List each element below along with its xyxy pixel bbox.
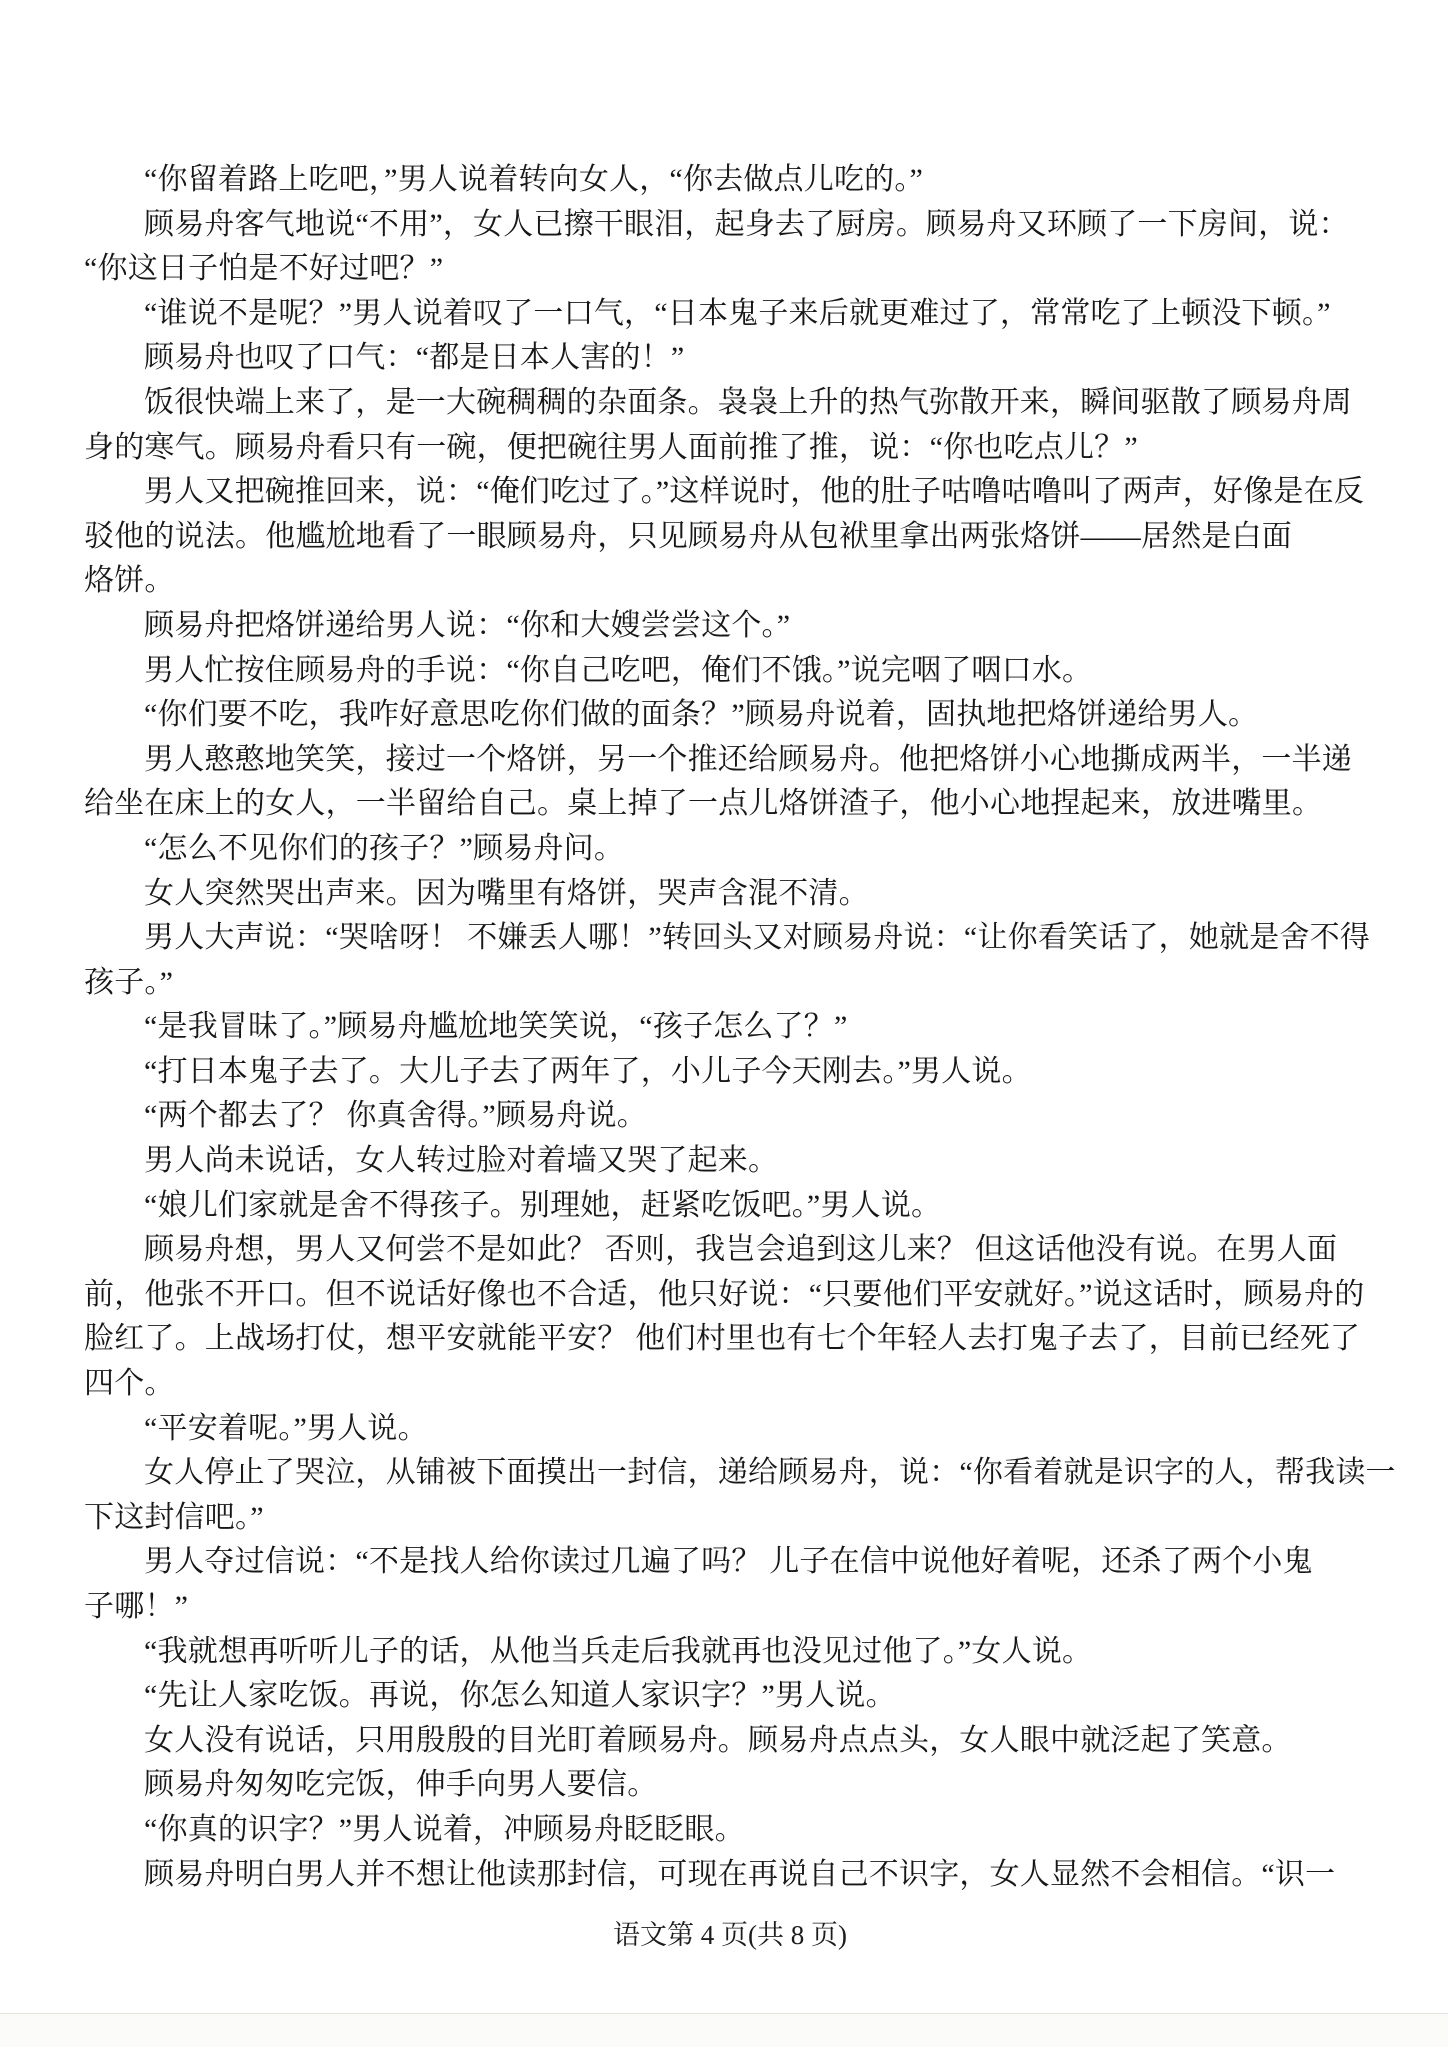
text-line: 顾易舟客气地说“不用”，女人已擦干眼泪，起身去了厨房。顾易舟又环顾了一下房间，说…: [84, 203, 1376, 248]
text-line: “打日本鬼子去了。大儿子去了两年了，小儿子今天刚去。”男人说。: [84, 1050, 1376, 1095]
text-line: “是我冒昧了。”顾易舟尴尬地笑笑说，“孩子怎么了？”: [84, 1005, 1376, 1050]
text-line: “怎么不见你们的孩子？”顾易舟问。: [84, 827, 1376, 872]
text-line: 前，他张不开口。但不说话好像也不合适，他只好说：“只要他们平安就好。”说这话时，…: [84, 1273, 1376, 1318]
text-line: 男人大声说：“哭啥呀！ 不嫌丢人哪！”转回头又对顾易舟说：“让你看笑话了，她就是…: [84, 916, 1376, 961]
text-line: 男人又把碗推回来，说：“俺们吃过了。”这样说时，他的肚子咕噜咕噜叫了两声，好像是…: [84, 470, 1376, 515]
text-line: “你真的识字？”男人说着，冲顾易舟眨眨眼。: [84, 1808, 1376, 1853]
text-line: 男人憨憨地笑笑，接过一个烙饼，另一个推还给顾易舟。他把烙饼小心地撕成两半，一半递: [84, 738, 1376, 783]
text-line: 顾易舟也叹了口气：“都是日本人害的！”: [84, 336, 1376, 381]
page-number-label: 语文第 4 页(共 8 页): [613, 1920, 847, 1950]
text-line: 烙饼。: [84, 559, 1376, 604]
text-line: 孩子。”: [84, 961, 1376, 1006]
text-line: 男人尚未说话，女人转过脸对着墙又哭了起来。: [84, 1139, 1376, 1184]
reading-passage: “你留着路上吃吧，”男人说着转向女人，“你去做点儿吃的。”顾易舟客气地说“不用”…: [84, 158, 1376, 1897]
text-line: 顾易舟把烙饼递给男人说：“你和大嫂尝尝这个。”: [84, 604, 1376, 649]
text-line: “你们要不吃，我咋好意思吃你们做的面条？”顾易舟说着，固执地把烙饼递给男人。: [84, 693, 1376, 738]
page-footer: 语文第 4 页(共 8 页): [84, 1918, 1376, 1952]
text-line: 四个。: [84, 1362, 1376, 1407]
text-line: 子哪！”: [84, 1585, 1376, 1630]
text-line: 身的寒气。顾易舟看只有一碗，便把碗往男人面前推了推，说：“你也吃点儿？”: [84, 426, 1376, 471]
text-line: “你留着路上吃吧，”男人说着转向女人，“你去做点儿吃的。”: [84, 158, 1376, 203]
text-line: “平安着呢。”男人说。: [84, 1407, 1376, 1452]
text-line: 下这封信吧。”: [84, 1496, 1376, 1541]
text-line: “两个都去了？ 你真舍得。”顾易舟说。: [84, 1094, 1376, 1139]
text-line: “谁说不是呢？”男人说着叹了一口气，“日本鬼子来后就更难过了，常常吃了上顿没下顿…: [84, 292, 1376, 337]
text-line: “娘儿们家就是舍不得孩子。别理她，赶紧吃饭吧。”男人说。: [84, 1184, 1376, 1229]
text-line: 女人停止了哭泣，从铺被下面摸出一封信，递给顾易舟，说：“你看着就是识字的人，帮我…: [84, 1451, 1376, 1496]
text-line: 男人夺过信说：“不是找人给你读过几遍了吗？ 儿子在信中说他好着呢，还杀了两个小鬼: [84, 1540, 1376, 1585]
exam-page: “你留着路上吃吧，”男人说着转向女人，“你去做点儿吃的。”顾易舟客气地说“不用”…: [0, 0, 1448, 2047]
scan-edge-line: [0, 2013, 1448, 2047]
text-line: 给坐在床上的女人，一半留给自己。桌上掉了一点儿烙饼渣子，他小心地捏起来，放进嘴里…: [84, 782, 1376, 827]
text-line: “先让人家吃饭。再说，你怎么知道人家识字？”男人说。: [84, 1674, 1376, 1719]
text-line: 驳他的说法。他尴尬地看了一眼顾易舟，只见顾易舟从包袱里拿出两张烙饼——居然是白面: [84, 515, 1376, 560]
text-line: 饭很快端上来了，是一大碗稠稠的杂面条。袅袅上升的热气弥散开来，瞬间驱散了顾易舟周: [84, 381, 1376, 426]
text-line: 脸红了。上战场打仗，想平安就能平安？ 他们村里也有七个年轻人去打鬼子去了，目前已…: [84, 1317, 1376, 1362]
text-line: 女人突然哭出声来。因为嘴里有烙饼，哭声含混不清。: [84, 872, 1376, 917]
text-line: 顾易舟想，男人又何尝不是如此？ 否则，我岂会追到这儿来？ 但这话他没有说。在男人…: [84, 1228, 1376, 1273]
text-line: 顾易舟匆匆吃完饭，伸手向男人要信。: [84, 1763, 1376, 1808]
text-line: 顾易舟明白男人并不想让他读那封信，可现在再说自己不识字，女人显然不会相信。“识一: [84, 1853, 1376, 1898]
text-line: “我就想再听听儿子的话，从他当兵走后我就再也没见过他了。”女人说。: [84, 1630, 1376, 1675]
text-line: 女人没有说话，只用殷殷的目光盯着顾易舟。顾易舟点点头，女人眼中就泛起了笑意。: [84, 1719, 1376, 1764]
text-line: “你这日子怕是不好过吧？”: [84, 247, 1376, 292]
text-line: 男人忙按住顾易舟的手说：“你自己吃吧，俺们不饿。”说完咽了咽口水。: [84, 649, 1376, 694]
